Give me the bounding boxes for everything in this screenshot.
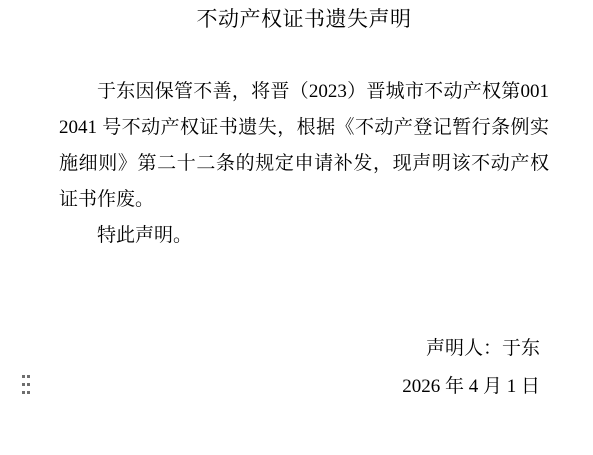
document-title: 不动产权证书遗失声明 <box>59 4 549 34</box>
drag-handle-dot <box>22 383 25 386</box>
document-page[interactable]: 不动产权证书遗失声明 于东因保管不善，将晋（2023）晋城市不动产权第00120… <box>0 0 593 455</box>
drag-handle-dot <box>27 375 30 378</box>
declarant-name: 声明人：于东 <box>402 330 540 368</box>
drag-handle-dot <box>22 375 25 378</box>
drag-handle-dot <box>27 383 30 386</box>
declaration-paragraph: 于东因保管不善，将晋（2023）晋城市不动产权第0012041 号不动产权证书遗… <box>59 74 549 218</box>
drag-handle-icon[interactable] <box>22 375 30 394</box>
drag-handle-dot <box>22 391 25 394</box>
signature-block: 声明人：于东 2026 年 4 月 1 日 <box>402 330 540 406</box>
declaration-date: 2026 年 4 月 1 日 <box>402 368 540 406</box>
document-body: 于东因保管不善，将晋（2023）晋城市不动产权第0012041 号不动产权证书遗… <box>59 74 549 254</box>
drag-handle-dot <box>27 391 30 394</box>
hereby-declare-paragraph: 特此声明。 <box>59 218 549 254</box>
